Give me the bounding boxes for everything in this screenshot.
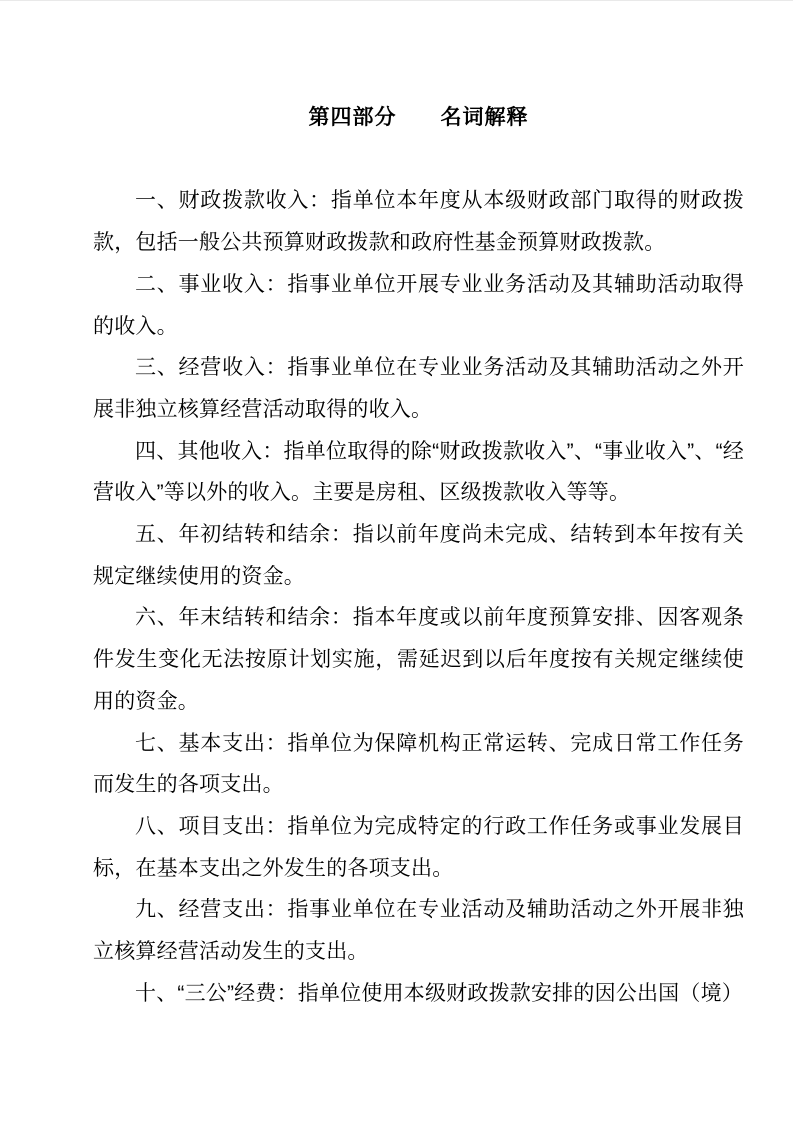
- definition-paragraph-project-expenditure: 八、项目支出：指单位为完成特定的行政工作任务或事业发展目标，在基本支出之外发生的…: [93, 806, 744, 889]
- definition-paragraph-operating-income: 三、经营收入：指事业单位在专业业务活动及其辅助活动之外开展非独立核算经营活动取得…: [93, 347, 744, 430]
- definition-paragraph-other-income: 四、其他收入：指单位取得的除“财政拨款收入”、“事业收入”、“经营收入”等以外的…: [93, 431, 744, 514]
- definition-paragraph-fiscal-appropriation-income: 一、财政拨款收入：指单位本年度从本级财政部门取得的财政拨款，包括一般公共预算财政…: [93, 180, 744, 263]
- definition-paragraph-operating-expenditure: 九、经营支出：指事业单位在专业活动及辅助活动之外开展非独立核算经营活动发生的支出…: [93, 889, 744, 972]
- document-content: 第四部分 名词解释 一、财政拨款收入：指单位本年度从本级财政部门取得的财政拨款，…: [0, 1, 793, 1014]
- definition-paragraph-three-public-funds: 十、“三公”经费：指单位使用本级财政拨款安排的因公出国（境）: [93, 973, 744, 1015]
- document-page: 第四部分 名词解释 一、财政拨款收入：指单位本年度从本级财政部门取得的财政拨款，…: [0, 0, 793, 1122]
- definition-paragraph-basic-expenditure: 七、基本支出：指单位为保障机构正常运转、完成日常工作任务而发生的各项支出。: [93, 723, 744, 806]
- definition-paragraph-beginning-year-carryover: 五、年初结转和结余：指以前年度尚未完成、结转到本年按有关规定继续使用的资金。: [93, 514, 744, 597]
- definition-paragraph-business-income: 二、事业收入：指事业单位开展专业业务活动及其辅助活动取得的收入。: [93, 264, 744, 347]
- definition-paragraph-year-end-carryover: 六、年末结转和结余：指本年度或以前年度预算安排、因客观条件发生变化无法按原计划实…: [93, 597, 744, 722]
- section-title: 第四部分 名词解释: [93, 97, 744, 139]
